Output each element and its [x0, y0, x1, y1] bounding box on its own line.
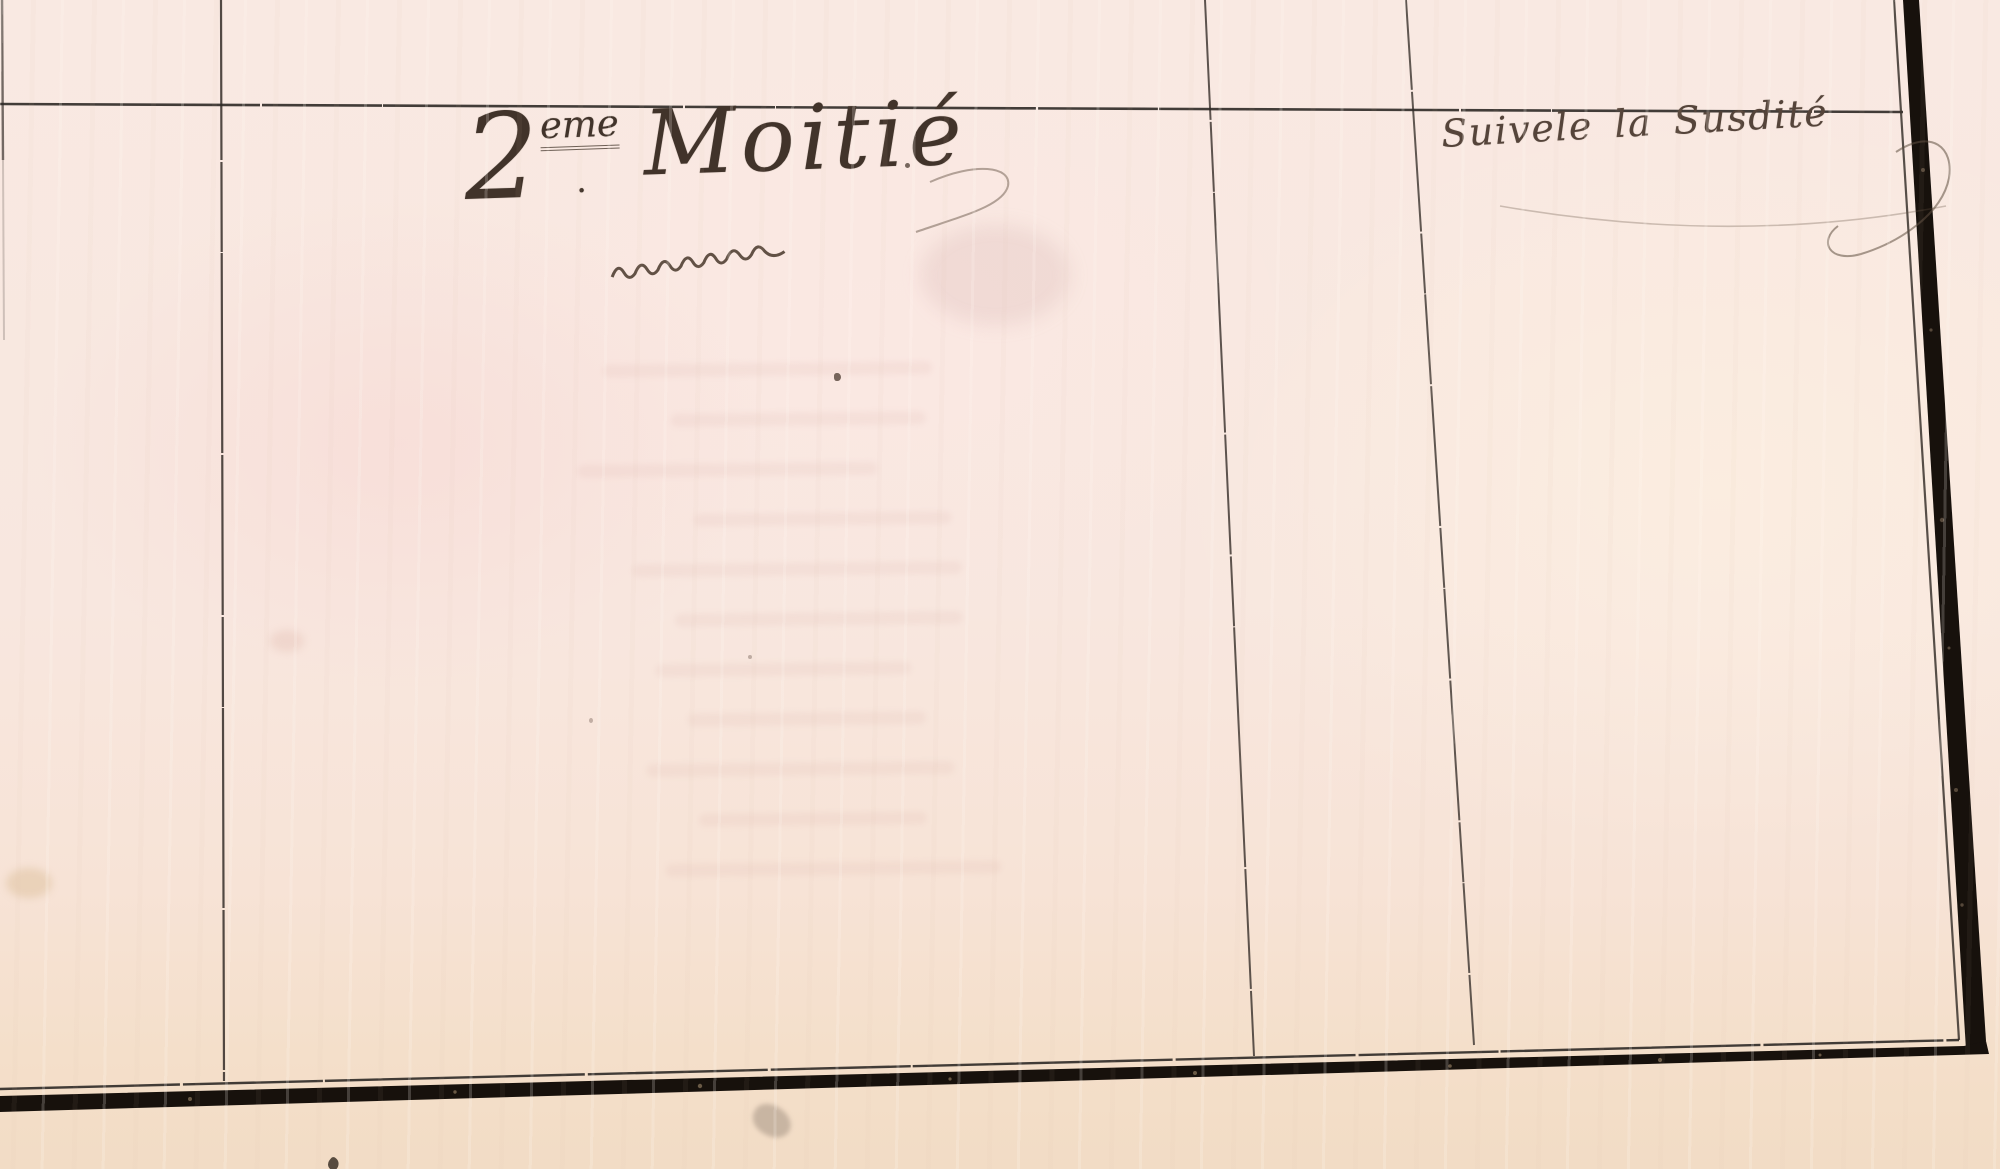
heading-superscript-dot: . — [575, 164, 587, 198]
bleed-through-line — [671, 411, 926, 427]
bleed-through-line — [688, 711, 926, 726]
annotation-text: Suivele la Susdité — [1440, 90, 1829, 156]
bleed-through-line — [602, 361, 932, 377]
right-band-speckles — [1921, 168, 1964, 907]
bleed-through-line — [655, 661, 911, 677]
heading-2eme-moitie: 2 eme . Moitié — [462, 86, 969, 212]
right-edge-line — [1894, 0, 1959, 1040]
bleed-through-line — [699, 811, 927, 826]
column-line-3 — [1406, 0, 1474, 1045]
bleed-through-line — [632, 561, 962, 577]
bleed-through-line — [675, 611, 963, 627]
bleed-through-line — [646, 761, 954, 777]
bottom-band-speckles — [188, 1054, 1822, 1102]
heading-word: Moitié — [642, 88, 968, 189]
heading-superscript-block: eme . — [539, 105, 621, 200]
bottom-edge-line — [0, 1040, 1959, 1089]
stain-tan-left — [270, 630, 304, 652]
right-edge-band — [1903, 0, 1986, 1050]
column-line-2 — [1205, 0, 1254, 1056]
ledger-page-photo: 2 eme . Moitié Suivele la Susdité — [0, 0, 2000, 1169]
column-line-1 — [221, 0, 224, 1081]
stain-pink-blotch — [920, 225, 1070, 325]
left-edge-line — [3, 160, 4, 340]
bleed-through-line — [694, 511, 952, 527]
annotation-susdite: Suivele la Susdité — [1440, 85, 1922, 156]
stain-tan-left — [6, 868, 52, 898]
heading-numeral: 2 — [462, 101, 541, 212]
ink-mark-bottom-edge — [325, 1156, 341, 1169]
heading-superscript: eme — [539, 105, 619, 152]
annotation-flourish — [1828, 141, 1950, 256]
smudge-gray-bottom — [747, 1098, 796, 1143]
wavy-underline — [611, 246, 785, 278]
left-edge-line — [2, 0, 3, 160]
bottom-edge-band — [0, 1041, 1989, 1112]
annotation-flourish — [1500, 206, 1946, 226]
bleed-through-text — [572, 359, 1138, 915]
bleed-through-line — [577, 462, 877, 478]
bleed-through-line — [665, 860, 1001, 877]
